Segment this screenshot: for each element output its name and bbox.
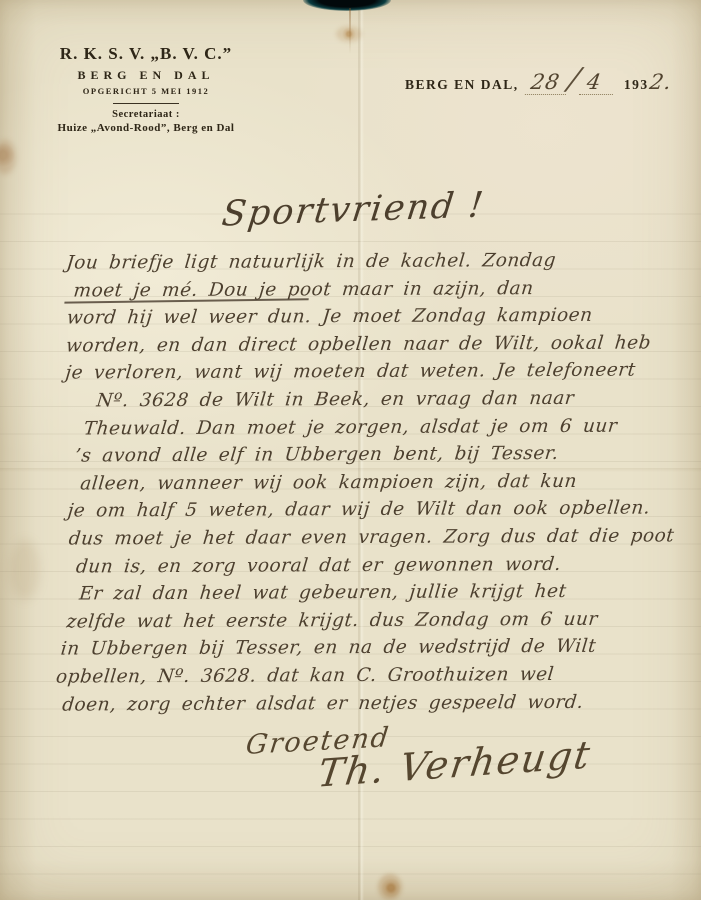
date-year-handwritten-suffix: 2. bbox=[647, 70, 673, 94]
founded-date-line: OPGERICHT 5 MEI 1912 bbox=[38, 86, 254, 96]
body-line: opbellen, Nº. 3628. dat kan C. Groothuiz… bbox=[54, 663, 664, 694]
date-day-handwritten: 28 bbox=[524, 70, 569, 95]
club-name: R. K. S. V. „B. V. C.” bbox=[38, 44, 254, 64]
scanner-background-gap bbox=[303, 0, 391, 11]
body-line: Jou briefje ligt natuurlijk in de kachel… bbox=[65, 249, 701, 280]
secretariat-address: Huize „Avond-Rood”, Berg en Dal bbox=[38, 122, 254, 134]
body-line: dus moet je het daar even vragen. Zorg d… bbox=[67, 525, 678, 556]
body-line: in Ubbergen bij Tesser, en na de wedstri… bbox=[59, 636, 667, 667]
body-line: doen, zorg echter alsdat er netjes gespe… bbox=[61, 691, 662, 722]
body-line: moet je mé. Dou je poot maar in azijn, d… bbox=[72, 277, 701, 308]
body-line: ’s avond alle elf in Ubbergen bent, bij … bbox=[73, 442, 686, 473]
paper-stain bbox=[378, 874, 402, 900]
date-month-handwritten: 4 bbox=[579, 70, 618, 95]
dateline: BERG EN DAL, 28 / 4 193 2. bbox=[405, 62, 685, 97]
body-line: worden, en dan direct opbellen naar de W… bbox=[64, 332, 697, 363]
body-line: je om half 5 weten, daar wij de Wilt dan… bbox=[66, 498, 681, 529]
letter-body: Jou briefje ligt natuurlijk in de kachel… bbox=[19, 249, 701, 722]
paper-stain bbox=[0, 140, 16, 174]
body-line: word hij wel weer dun. Je moet Zondag ka… bbox=[65, 304, 700, 335]
body-line: zelfde wat het eerste krijgt. dus Zondag… bbox=[65, 608, 670, 639]
body-line: alleen, wanneer wij ook kampioen zijn, d… bbox=[79, 470, 684, 501]
scanned-letter: R. K. S. V. „B. V. C.” BERG EN DAL OPGER… bbox=[0, 0, 701, 900]
body-line: Theuwald. Dan moet je zorgen, alsdat je … bbox=[82, 415, 689, 446]
body-line: Er zal dan heel wat gebeuren, jullie kri… bbox=[78, 581, 673, 612]
dateline-place-printed: BERG EN DAL, bbox=[405, 77, 519, 93]
body-line-rest: . Dou je poot maar in azijn, dan bbox=[191, 278, 535, 301]
body-line: dun is, en zorg vooral dat er gewonnen w… bbox=[74, 553, 675, 584]
stain-streak bbox=[349, 8, 351, 54]
salutation: Sportvriend ! bbox=[220, 185, 488, 234]
underlined-phrase: moet je mé bbox=[73, 279, 193, 301]
letterhead: R. K. S. V. „B. V. C.” BERG EN DAL OPGER… bbox=[38, 44, 254, 134]
body-line: Nº. 3628 de Wilt in Beek, en vraag dan n… bbox=[95, 387, 692, 418]
secretariat-label: Secretariaat : bbox=[38, 109, 254, 120]
letterhead-divider bbox=[113, 103, 179, 104]
club-place: BERG EN DAL bbox=[38, 68, 254, 83]
date-year-printed-prefix: 193 bbox=[624, 77, 649, 93]
body-line: je verloren, want wij moeten dat weten. … bbox=[64, 360, 695, 391]
